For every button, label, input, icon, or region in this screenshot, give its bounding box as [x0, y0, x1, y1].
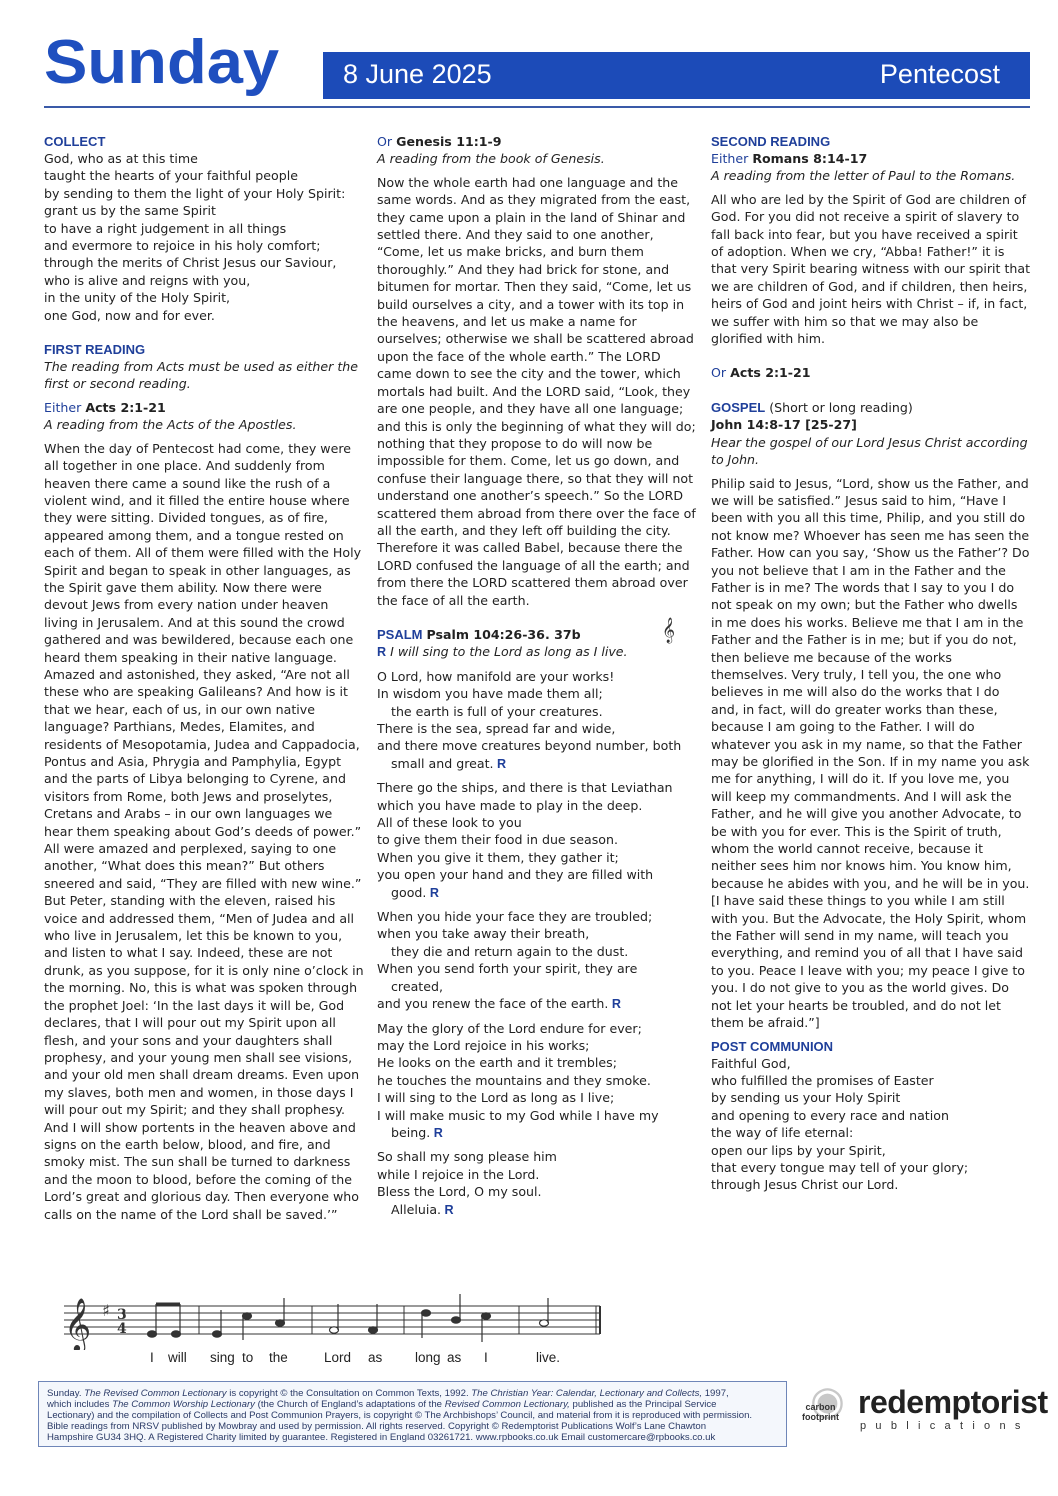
psalm-verse-line: they die and return again to the dust. — [377, 943, 697, 960]
psalm-response: I will sing to the Lord as long as I liv… — [390, 644, 627, 659]
second-reading-text: All who are led by the Spirit of God are… — [711, 191, 1031, 348]
psalm-verse-line: There is the sea, spread far and wide, — [377, 720, 697, 737]
alt-reading-intro: A reading from the book of Genesis. — [377, 150, 697, 167]
lyric-word: to — [242, 1350, 253, 1365]
post-communion-heading: POST COMMUNION — [711, 1038, 1031, 1055]
column-1: COLLECT God, who as at this timetaught t… — [44, 133, 364, 1223]
psalm-verse-line: In wisdom you have made them all; — [377, 685, 697, 702]
psalm-verse-line: being. R — [377, 1124, 697, 1142]
psalm-verse-line: Alleluia. R — [377, 1201, 697, 1219]
response-mark: R — [441, 1203, 454, 1217]
psalm-verse-line: When you send forth your spirit, they ar… — [377, 960, 697, 977]
publisher-name: redemptorist — [858, 1384, 1048, 1421]
psalm-verse-line: Bless the Lord, O my soul. — [377, 1183, 697, 1200]
gospel-heading-line: GOSPEL (Short or long reading) — [711, 399, 1031, 416]
treble-clef-icon: 𝄞 — [662, 622, 675, 639]
post-communion-line: who fulfilled the promises of Easter — [711, 1072, 1031, 1089]
first-reading-heading: FIRST READING — [44, 341, 364, 358]
alt-reading-reference: Genesis 11:1-9 — [396, 134, 501, 149]
lyric-word: I — [484, 1350, 488, 1365]
post-communion-text: Faithful God,who fulfilled the promises … — [711, 1055, 1031, 1194]
psalm-heading: PSALM — [377, 627, 423, 642]
psalm-verse-line: small and great. R — [377, 755, 697, 773]
first-reading-section: FIRST READING The reading from Acts must… — [44, 341, 364, 1223]
collect-section: COLLECT God, who as at this timetaught t… — [44, 133, 364, 324]
response-mark: R — [494, 757, 507, 771]
psalm-verse-line: When you hide your face they are trouble… — [377, 908, 697, 925]
lyric-word: as — [447, 1350, 461, 1365]
psalm-verse-line: while I rejoice in the Lord. — [377, 1166, 697, 1183]
psalm-stanza: There go the ships, and there is that Le… — [377, 779, 697, 902]
psalm-verse-line: the earth is full of your creatures. — [377, 703, 697, 720]
psalm-verse-line: May the glory of the Lord endure for eve… — [377, 1020, 697, 1037]
first-reading-text: When the day of Pentecost had come, they… — [44, 440, 364, 1223]
psalm-verse-line: and you renew the face of the earth. R — [377, 995, 697, 1013]
psalm-stanza: So shall my song please himwhile I rejoi… — [377, 1148, 697, 1219]
either-label: Either — [711, 151, 748, 166]
second-reading-alt-line: Or Acts 2:1-21 — [711, 364, 1031, 381]
feast-name: Pentecost — [880, 59, 1000, 90]
alt-reading-section: Or Genesis 11:1-9 A reading from the boo… — [377, 133, 697, 609]
response-mark: R — [377, 645, 386, 659]
column-2: Or Genesis 11:1-9 A reading from the boo… — [377, 133, 697, 1219]
post-communion-line: Faithful God, — [711, 1055, 1031, 1072]
collect-line: in the unity of the Holy Spirit, — [44, 289, 364, 306]
publisher-logo: redemptorist publications — [858, 1382, 1038, 1442]
psalm-verse-line: I will sing to the Lord as long as I liv… — [377, 1089, 697, 1106]
lyric-word: Lord — [324, 1350, 351, 1365]
day-title: Sunday — [44, 32, 279, 94]
gospel-reference: John 14:8-17 [25-27] — [711, 416, 1031, 433]
alt-reading-text: Now the whole earth had one language and… — [377, 174, 697, 609]
alt-reading-reference-line: Or Genesis 11:1-9 — [377, 133, 697, 150]
psalm-verse-line: good. R — [377, 884, 697, 902]
sharp-icon: ♯ — [102, 1301, 110, 1320]
treble-clef-icon: 𝄞 — [64, 1297, 91, 1350]
either-label: Either — [44, 400, 81, 415]
post-communion-line: and opening to every race and nation — [711, 1107, 1031, 1124]
post-communion-line: through Jesus Christ our Lord. — [711, 1176, 1031, 1193]
second-reading-reference-line: Either Romans 8:14-17 — [711, 150, 1031, 167]
lyric-word: long — [415, 1350, 441, 1365]
date-banner: 8 June 2025 Pentecost — [323, 52, 1030, 99]
psalm-verse-line: you open your hand and they are filled w… — [377, 866, 697, 883]
lyric-word: will — [168, 1350, 187, 1365]
lyric-word: as — [368, 1350, 382, 1365]
page-header: Sunday 8 June 2025 Pentecost — [40, 30, 1030, 110]
first-reading-reference-line: Either Acts 2:1-21 — [44, 399, 364, 416]
collect-text: God, who as at this timetaught the heart… — [44, 150, 364, 324]
lyric-word: live. — [536, 1350, 560, 1365]
publisher-subtitle: publications — [860, 1420, 1030, 1432]
psalm-verse-line: So shall my song please him — [377, 1148, 697, 1165]
collect-line: grant us by the same Spirit — [44, 202, 364, 219]
copyright-notice: Sunday. The Revised Common Lectionary is… — [38, 1381, 787, 1447]
psalm-verse-line: When you give it them, they gather it; — [377, 849, 697, 866]
date-text: 8 June 2025 — [343, 59, 492, 90]
collect-line: God, who as at this time — [44, 150, 364, 167]
carbon-footprint-logo: ◉ carbon footprint — [800, 1378, 855, 1438]
psalm-verse-line: he touches the mountains and they smoke. — [377, 1072, 697, 1089]
psalm-verse-line: may the Lord rejoice in his works; — [377, 1037, 697, 1054]
psalm-verse-line: He looks on the earth and it trembles; — [377, 1054, 697, 1071]
collect-line: one God, now and for ever. — [44, 307, 364, 324]
psalm-verse-line: created, — [377, 978, 697, 995]
psalm-verse-line: to give them their food in due season. — [377, 831, 697, 848]
gospel-note: (Short or long reading) — [769, 400, 913, 415]
collect-heading: COLLECT — [44, 133, 364, 150]
psalm-verse-line: I will make music to my God while I have… — [377, 1107, 697, 1124]
psalm-verse-line: There go the ships, and there is that Le… — [377, 779, 697, 796]
collect-line: taught the hearts of your faithful peopl… — [44, 167, 364, 184]
lyric-word: I — [150, 1350, 154, 1365]
music-lyrics: I will sing to the Lord as long as I liv… — [62, 1350, 602, 1368]
gospel-section: GOSPEL (Short or long reading) John 14:8… — [711, 399, 1031, 1032]
psalm-verse-line: when you take away their breath, — [377, 925, 697, 942]
second-reading-intro: A reading from the letter of Paul to the… — [711, 167, 1031, 184]
psalm-stanza: May the glory of the Lord endure for eve… — [377, 1020, 697, 1143]
post-communion-line: the way of life eternal: — [711, 1124, 1031, 1141]
psalm-section: PSALM Psalm 104:26-36. 37b 𝄞 R I will si… — [377, 626, 697, 1219]
svg-text:4: 4 — [117, 1321, 127, 1337]
lyric-word: sing — [210, 1350, 235, 1365]
gospel-intro: Hear the gospel of our Lord Jesus Christ… — [711, 434, 1031, 469]
psalm-verse-line: O Lord, how manifold are your works! — [377, 668, 697, 685]
or-label: Or — [711, 365, 726, 380]
second-reading-alt-reference: Acts 2:1-21 — [730, 365, 810, 380]
column-3: SECOND READING Either Romans 8:14-17 A r… — [711, 133, 1031, 1194]
psalm-verse-line: All of these look to you — [377, 814, 697, 831]
psalm-response-music: 𝄞 ♯ 3 4 — [62, 1290, 602, 1370]
first-reading-intro: A reading from the Acts of the Apostles. — [44, 416, 364, 433]
psalm-heading-line: PSALM Psalm 104:26-36. 37b 𝄞 — [377, 626, 697, 643]
psalm-stanza: O Lord, how manifold are your works!In w… — [377, 668, 697, 773]
psalm-stanzas: O Lord, how manifold are your works!In w… — [377, 662, 697, 1219]
second-reading-section: SECOND READING Either Romans 8:14-17 A r… — [711, 133, 1031, 382]
header-divider — [44, 106, 1030, 108]
or-label: Or — [377, 134, 392, 149]
psalm-verse-line: and there move creatures beyond number, … — [377, 737, 697, 754]
music-staff: 𝄞 ♯ 3 4 — [62, 1290, 602, 1350]
response-mark: R — [426, 886, 439, 900]
collect-line: by sending to them the light of your Hol… — [44, 185, 364, 202]
gospel-text: Philip said to Jesus, “Lord, show us the… — [711, 475, 1031, 1032]
post-communion-section: POST COMMUNION Faithful God,who fulfille… — [711, 1038, 1031, 1194]
gospel-heading: GOSPEL — [711, 400, 765, 415]
collect-line: to have a right judgement in all things — [44, 220, 364, 237]
response-mark: R — [430, 1126, 443, 1140]
collect-line: and evermore to rejoice in his holy comf… — [44, 237, 364, 254]
lyric-word: the — [269, 1350, 288, 1365]
psalm-reference: Psalm 104:26-36. 37b — [427, 627, 581, 642]
psalm-verse-line: which you have made to play in the deep. — [377, 797, 697, 814]
post-communion-line: by sending us your Holy Spirit — [711, 1089, 1031, 1106]
first-reading-reference: Acts 2:1-21 — [85, 400, 165, 415]
collect-line: through the merits of Christ Jesus our S… — [44, 254, 364, 271]
second-reading-reference: Romans 8:14-17 — [752, 151, 867, 166]
post-communion-line: open our lips by your Spirit, — [711, 1142, 1031, 1159]
post-communion-line: that every tongue may tell of your glory… — [711, 1159, 1031, 1176]
psalm-response-line: R I will sing to the Lord as long as I l… — [377, 643, 697, 661]
first-reading-note: The reading from Acts must be used as ei… — [44, 358, 364, 393]
response-mark: R — [608, 997, 621, 1011]
collect-line: who is alive and reigns with you, — [44, 272, 364, 289]
psalm-stanza: When you hide your face they are trouble… — [377, 908, 697, 1013]
second-reading-heading: SECOND READING — [711, 133, 1031, 150]
